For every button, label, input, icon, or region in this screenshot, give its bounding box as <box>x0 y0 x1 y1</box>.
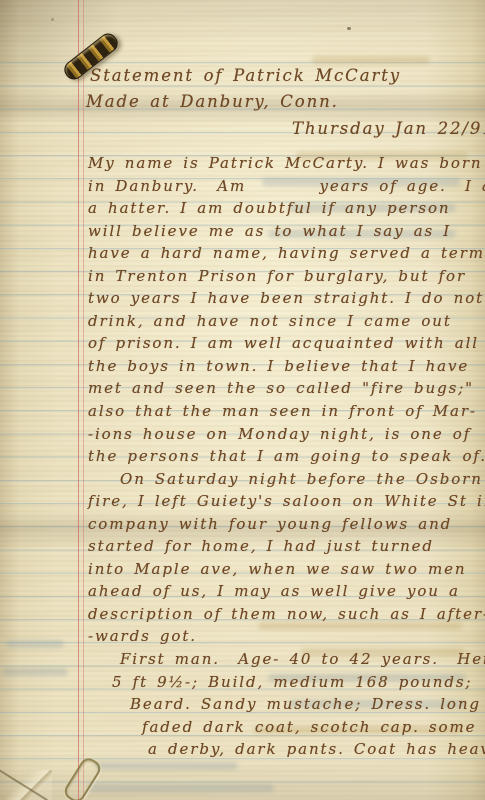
statement-body: My name is Patrick McCarty. I was born i… <box>88 152 480 761</box>
body-line: fire, I left Guiety's saloon on White St… <box>88 490 480 513</box>
ink-speck <box>347 27 351 30</box>
body-line: First man. Age- 40 to 42 years. Height. <box>88 648 480 671</box>
body-line: in Trenton Prison for burglary, but for <box>88 265 480 288</box>
clip-impression-icon <box>61 755 103 800</box>
body-line: started for home, I had just turned <box>88 535 480 558</box>
body-line: description of them now, such as I after… <box>88 603 480 626</box>
statement-place: Made at Danbury, Conn. <box>86 92 339 111</box>
body-line: have a hard name, having served a term <box>88 242 480 265</box>
body-line: met and seen the so called "fire bugs;" <box>88 377 480 400</box>
body-line: the boys in town. I believe that I have <box>88 355 480 378</box>
statement-date: Thursday Jan 22/91. <box>292 119 485 138</box>
body-line: company with four young fellows and <box>88 513 480 536</box>
body-line: faded dark coat, scotch cap. some times <box>88 716 480 739</box>
body-line: On Saturday night before the Osborn <box>88 468 480 491</box>
body-line: a hatter. I am doubtful if any person <box>88 197 480 220</box>
body-line: of prison. I am well acquainted with all <box>88 332 480 355</box>
body-line: ahead of us, I may as well give you a <box>88 580 480 603</box>
bleed-through <box>2 668 68 676</box>
body-line: drink, and have not since I came out <box>88 310 480 333</box>
bleed-through <box>88 784 274 792</box>
page-curl-edge <box>0 769 48 800</box>
bleed-through <box>6 640 64 648</box>
top-crease-shadow <box>0 0 485 46</box>
body-line: two years I have been straight. I do not <box>88 287 480 310</box>
red-margin-line-2 <box>83 0 84 800</box>
body-line: in Danbury. Am years of age. I am <box>88 175 480 198</box>
statement-title: Statement of Patrick McCarty <box>90 66 401 85</box>
body-line: Beard. Sandy mustache; Dress. long <box>88 693 480 716</box>
body-line: also that the man seen in front of Mar- <box>88 400 480 423</box>
bleed-through <box>96 762 238 770</box>
body-line: -wards got. <box>88 625 480 648</box>
body-line: -ions house on Monday night, is one of <box>88 423 480 446</box>
body-line: the persons that I am going to speak of. <box>88 445 480 468</box>
ink-speck <box>51 18 54 21</box>
body-line: My name is Patrick McCarty. I was born <box>88 152 480 175</box>
bleed-through <box>312 56 430 64</box>
handwritten-statement-page: Statement of Patrick McCarty Made at Dan… <box>0 0 485 800</box>
red-margin-line <box>78 0 79 800</box>
body-line: a derby, dark pants. Coat has heavy Colo… <box>88 738 480 761</box>
body-line: 5 ft 9½-; Build, medium 168 pounds; <box>88 671 480 694</box>
body-line: into Maple ave, when we saw two men <box>88 558 480 581</box>
body-line: will believe me as to what I say as I <box>88 220 480 243</box>
